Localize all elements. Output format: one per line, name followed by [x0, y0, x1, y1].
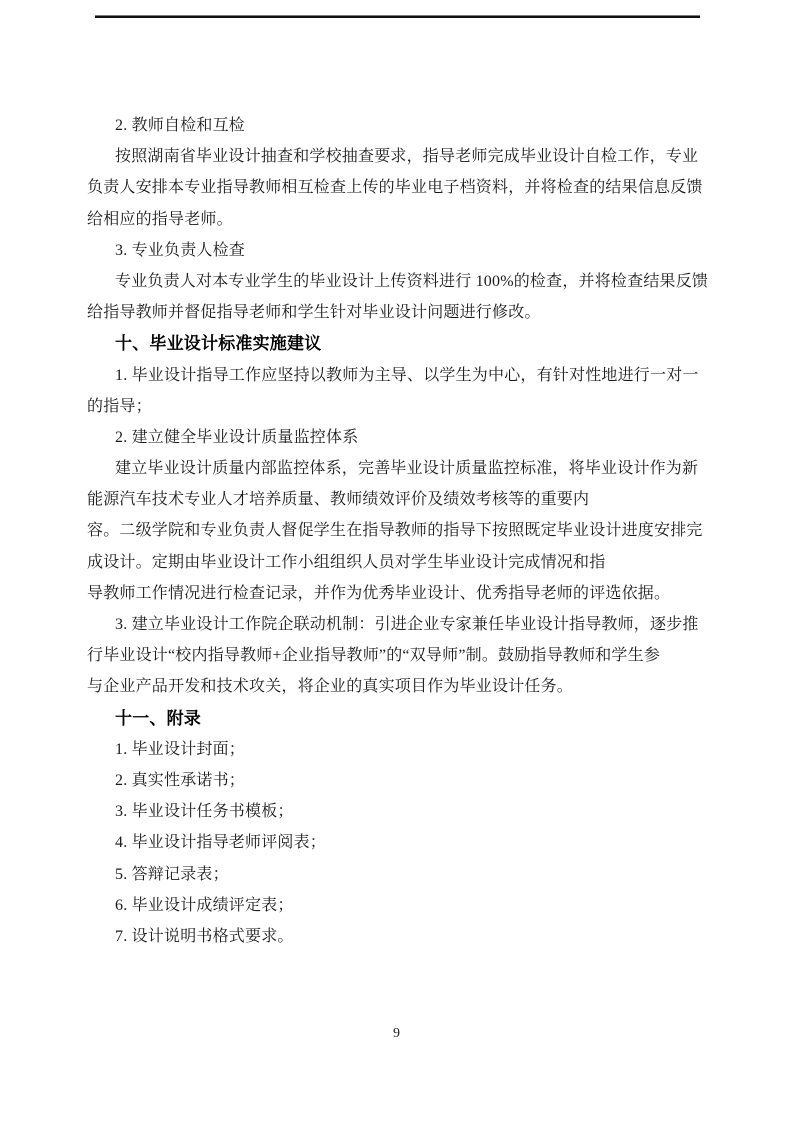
section-heading: 十、毕业设计标准实施建议	[87, 328, 703, 359]
text-line: 3. 专业负责人检查	[87, 235, 703, 266]
header-rule	[95, 15, 700, 18]
text-line: 2. 建立健全毕业设计质量监控体系	[87, 422, 703, 453]
text-line: 与企业产品开发和技术攻关，将企业的真实项目作为毕业设计任务。	[87, 671, 703, 702]
text-line: 行毕业设计“校内指导教师+企业指导教师”的“双导师”制。鼓励指导教师和学生参	[87, 640, 703, 671]
appendix-item: 5. 答辩记录表；	[87, 859, 703, 890]
text-line: 建立毕业设计质量内部监控体系，完善毕业设计质量监控标准，将毕业设计作为新	[87, 453, 703, 484]
text-line: 给相应的指导老师。	[87, 204, 703, 235]
text-line: 按照湖南省毕业设计抽查和学校抽查要求，指导老师完成毕业设计自检工作，专业	[87, 141, 703, 172]
text-line: 2. 教师自检和互检	[87, 110, 703, 141]
page-number: 9	[0, 1026, 793, 1042]
text-line: 导教师工作情况进行检查记录，并作为优秀毕业设计、优秀指导老师的评选依据。	[87, 578, 703, 609]
text-line: 容。二级学院和专业负责人督促学生在指导教师的指导下按照既定毕业设计进度安排完	[87, 515, 703, 546]
appendix-item: 3. 毕业设计任务书模板；	[87, 796, 703, 827]
text-line: 的指导；	[87, 391, 703, 422]
text-line: 能源汽车技术专业人才培养质量、教师绩效评价及绩效考核等的重要内	[87, 484, 703, 515]
text-line: 成设计。定期由毕业设计工作小组组织人员对学生毕业设计完成情况和指	[87, 547, 703, 578]
appendix-item: 4. 毕业设计指导老师评阅表；	[87, 827, 703, 858]
text-line: 给指导教师并督促指导老师和学生针对毕业设计问题进行修改。	[87, 297, 703, 328]
text-line: 负责人安排本专业指导教师相互检查上传的毕业电子档资料，并将检查的结果信息反馈	[87, 172, 703, 203]
section-heading: 十一、附录	[87, 703, 703, 734]
document-body: 2. 教师自检和互检 按照湖南省毕业设计抽查和学校抽查要求，指导老师完成毕业设计…	[87, 110, 703, 952]
appendix-item: 6. 毕业设计成绩评定表；	[87, 890, 703, 921]
text-line: 1. 毕业设计指导工作应坚持以教师为主导、以学生为中心，有针对性地进行一对一	[87, 360, 703, 391]
text-line: 3. 建立毕业设计工作院企联动机制：引进企业专家兼任毕业设计指导教师，逐步推	[87, 609, 703, 640]
document-page: 2. 教师自检和互检 按照湖南省毕业设计抽查和学校抽查要求，指导老师完成毕业设计…	[0, 0, 793, 1122]
appendix-item: 2. 真实性承诺书；	[87, 765, 703, 796]
appendix-item: 1. 毕业设计封面；	[87, 734, 703, 765]
appendix-item: 7. 设计说明书格式要求。	[87, 921, 703, 952]
text-line: 专业负责人对本专业学生的毕业设计上传资料进行 100%的检查，并将检查结果反馈	[87, 266, 703, 297]
